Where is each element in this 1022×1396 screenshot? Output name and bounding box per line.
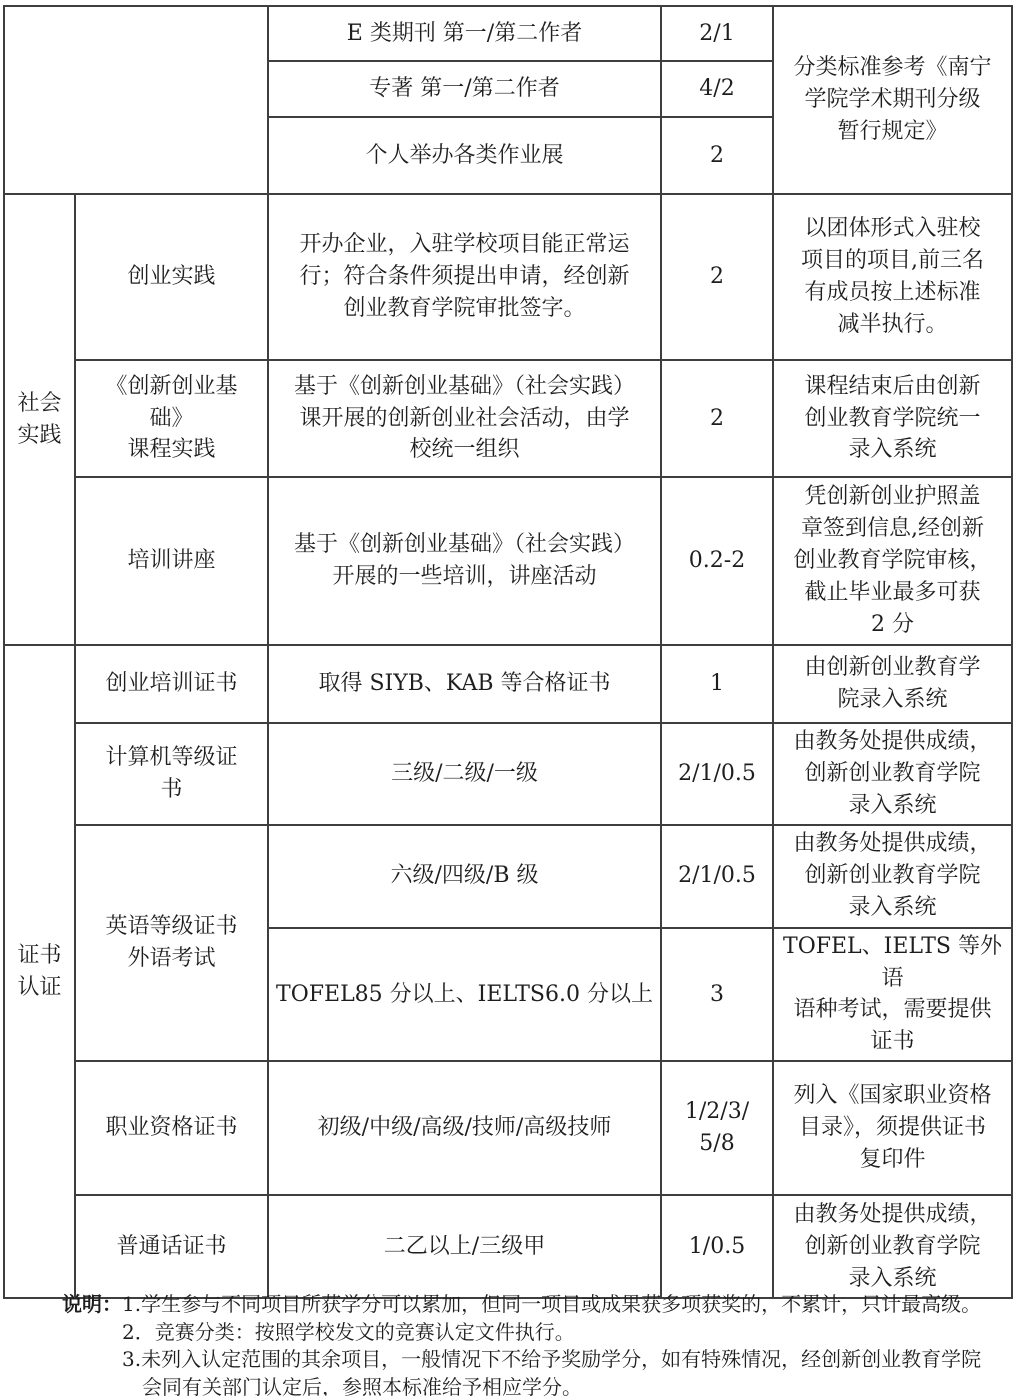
- category-cell: 计算机等级证 书: [75, 723, 268, 825]
- description-cell: 初级/中级/高级/技师/高级技师: [268, 1061, 661, 1195]
- category-cell: 职业资格证书: [75, 1061, 268, 1195]
- description-cell: 取得 SIYB、KAB 等合格证书: [268, 645, 661, 723]
- score-cell: 3: [661, 928, 773, 1062]
- category-cell: 普通话证书: [75, 1195, 268, 1298]
- score-cell: 1/2/3/ 5/8: [661, 1061, 773, 1195]
- description-cell: 个人举办各类作业展: [268, 117, 661, 194]
- note-cell: 由教务处提供成绩， 创新创业教育学院 录入系统: [773, 1195, 1012, 1298]
- score-cell: 2/1/0.5: [661, 825, 773, 928]
- table-row: 英语等级证书 外语考试 六级/四级/B 级 2/1/0.5 由教务处提供成绩， …: [4, 825, 1012, 928]
- table-row: 培训讲座 基于《创新创业基础》（社会实践） 开展的一些培训，讲座活动 0.2-2…: [4, 477, 1012, 645]
- group-cell-certificates: 证书认证: [4, 645, 75, 1298]
- table-row: 职业资格证书 初级/中级/高级/技师/高级技师 1/2/3/ 5/8 列入《国家…: [4, 1061, 1012, 1195]
- category-cell: 培训讲座: [75, 477, 268, 645]
- table-row: 普通话证书 二乙以上/三级甲 1/0.5 由教务处提供成绩， 创新创业教育学院 …: [4, 1195, 1012, 1298]
- note-cell: 分类标准参考《南宁 学院学术期刊分级 暂行规定》: [773, 6, 1012, 194]
- note-item: 3.未列入认定范围的其余项目，一般情况下不给予奖励学分，如有特殊情况，经创新创业…: [122, 1346, 992, 1396]
- note-cell: 凭创新创业护照盖 章签到信息,经创新 创业教育学院审核， 截止毕业最多可获 2 …: [773, 477, 1012, 645]
- table-row: E 类期刊 第一/第二作者 2/1 分类标准参考《南宁 学院学术期刊分级 暂行规…: [4, 6, 1012, 61]
- description-cell: E 类期刊 第一/第二作者: [268, 6, 661, 61]
- description-cell: 专著 第一/第二作者: [268, 61, 661, 117]
- score-cell: 2/1: [661, 6, 773, 61]
- description-cell: 开办企业，入驻学校项目能正常运 行；符合条件须提出申请，经创新 创业教育学院审批…: [268, 194, 661, 360]
- score-cell: 1: [661, 645, 773, 723]
- score-cell: 1/0.5: [661, 1195, 773, 1298]
- note-cell: TOFEL、IELTS 等外语 语种考试，需要提供 证书: [773, 928, 1012, 1062]
- score-cell: 2: [661, 117, 773, 194]
- table-row: 社会实践 创业实践 开办企业，入驻学校项目能正常运 行；符合条件须提出申请，经创…: [4, 194, 1012, 360]
- note-cell: 由教务处提供成绩， 创新创业教育学院 录入系统: [773, 723, 1012, 825]
- score-cell: 2: [661, 360, 773, 477]
- note-cell: 列入《国家职业资格 目录》，须提供证书 复印件: [773, 1061, 1012, 1195]
- category-cell: 英语等级证书 外语考试: [75, 825, 268, 1062]
- note-cell: 以团体形式入驻校 项目的项目,前三名 有成员按上述标准 减半执行。: [773, 194, 1012, 360]
- score-cell: 0.2-2: [661, 477, 773, 645]
- description-cell: 二乙以上/三级甲: [268, 1195, 661, 1298]
- credit-standards-table: E 类期刊 第一/第二作者 2/1 分类标准参考《南宁 学院学术期刊分级 暂行规…: [3, 5, 1013, 1299]
- carryover-empty-cell: [4, 6, 268, 194]
- table-row: 《创新创业基 础》 课程实践 基于《创新创业基础》（社会实践） 课开展的创新创业…: [4, 360, 1012, 477]
- description-cell: 三级/二级/一级: [268, 723, 661, 825]
- note-cell: 课程结束后由创新 创业教育学院统一 录入系统: [773, 360, 1012, 477]
- description-cell: 基于《创新创业基础》（社会实践） 课开展的创新创业社会活动，由学 校统一组织: [268, 360, 661, 477]
- score-cell: 4/2: [661, 61, 773, 117]
- score-cell: 2: [661, 194, 773, 360]
- note-cell: 由教务处提供成绩， 创新创业教育学院 录入系统: [773, 825, 1012, 928]
- group-cell-social-practice: 社会实践: [4, 194, 75, 645]
- note-cell: 由创新创业教育学 院录入系统: [773, 645, 1012, 723]
- note-item: 1.学生参与不同项目所获学分可以累加，但同一项目或成果获多项获奖的，不累计，只计…: [122, 1291, 992, 1319]
- notes-items: 1.学生参与不同项目所获学分可以累加，但同一项目或成果获多项获奖的，不累计，只计…: [122, 1291, 992, 1396]
- score-cell: 2/1/0.5: [661, 723, 773, 825]
- category-cell: 《创新创业基 础》 课程实践: [75, 360, 268, 477]
- notes-label: 说明：: [62, 1291, 122, 1396]
- description-cell: 基于《创新创业基础》（社会实践） 开展的一些培训，讲座活动: [268, 477, 661, 645]
- description-cell: TOFEL85 分以上、IELTS6.0 分以上: [268, 928, 661, 1062]
- note-item: 2．竞赛分类：按照学校发文的竞赛认定文件执行。: [122, 1319, 992, 1347]
- category-cell: 创业实践: [75, 194, 268, 360]
- notes-section: 说明： 1.学生参与不同项目所获学分可以累加，但同一项目或成果获多项获奖的，不累…: [62, 1291, 992, 1396]
- category-cell: 创业培训证书: [75, 645, 268, 723]
- description-cell: 六级/四级/B 级: [268, 825, 661, 928]
- table-row: 计算机等级证 书 三级/二级/一级 2/1/0.5 由教务处提供成绩， 创新创业…: [4, 723, 1012, 825]
- table-row: 证书认证 创业培训证书 取得 SIYB、KAB 等合格证书 1 由创新创业教育学…: [4, 645, 1012, 723]
